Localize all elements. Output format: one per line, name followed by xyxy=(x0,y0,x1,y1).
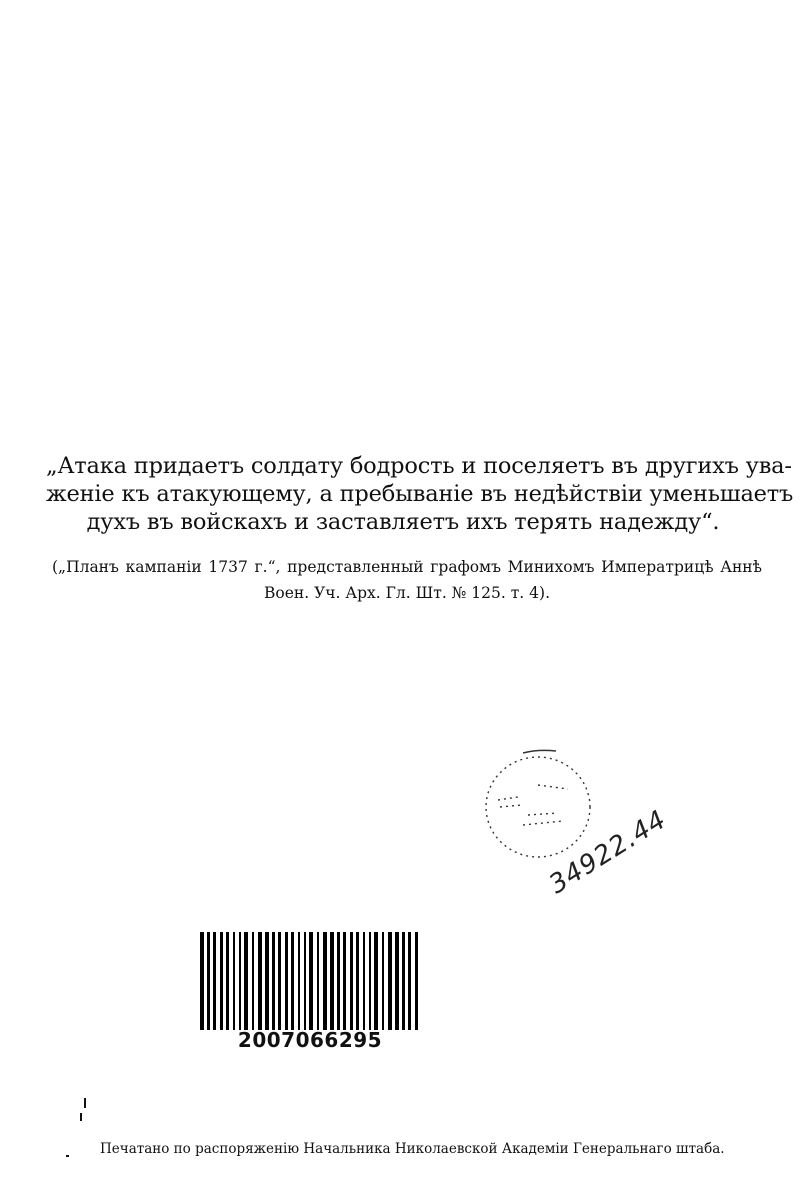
epigraph-source: („Планъ кампаніи 1737 г.“, представленны… xyxy=(52,554,762,606)
epigraph-line-1: „Атака придаетъ солдату бодрость и посел… xyxy=(46,452,760,480)
barcode-number: 2007066295 xyxy=(200,1028,420,1052)
epigraph-line-3: духъ въ войскахъ и заставляетъ ихъ терят… xyxy=(46,508,760,536)
source-line-2: Воен. Уч. Арх. Гл. Шт. № 125. т. 4). xyxy=(52,580,762,606)
print-speck xyxy=(84,1098,86,1108)
epigraph-quote: „Атака придаетъ солдату бодрость и посел… xyxy=(46,452,760,536)
print-speck xyxy=(80,1113,82,1121)
source-line-1: („Планъ кампаніи 1737 г.“, представленны… xyxy=(52,554,762,580)
print-speck xyxy=(66,1155,69,1157)
barcode xyxy=(200,932,420,1030)
epigraph-line-2: женіе къ атакующему, а пребываніе въ нед… xyxy=(46,480,760,508)
imprint-line: Печатано по распоряженію Начальника Нико… xyxy=(100,1141,710,1157)
